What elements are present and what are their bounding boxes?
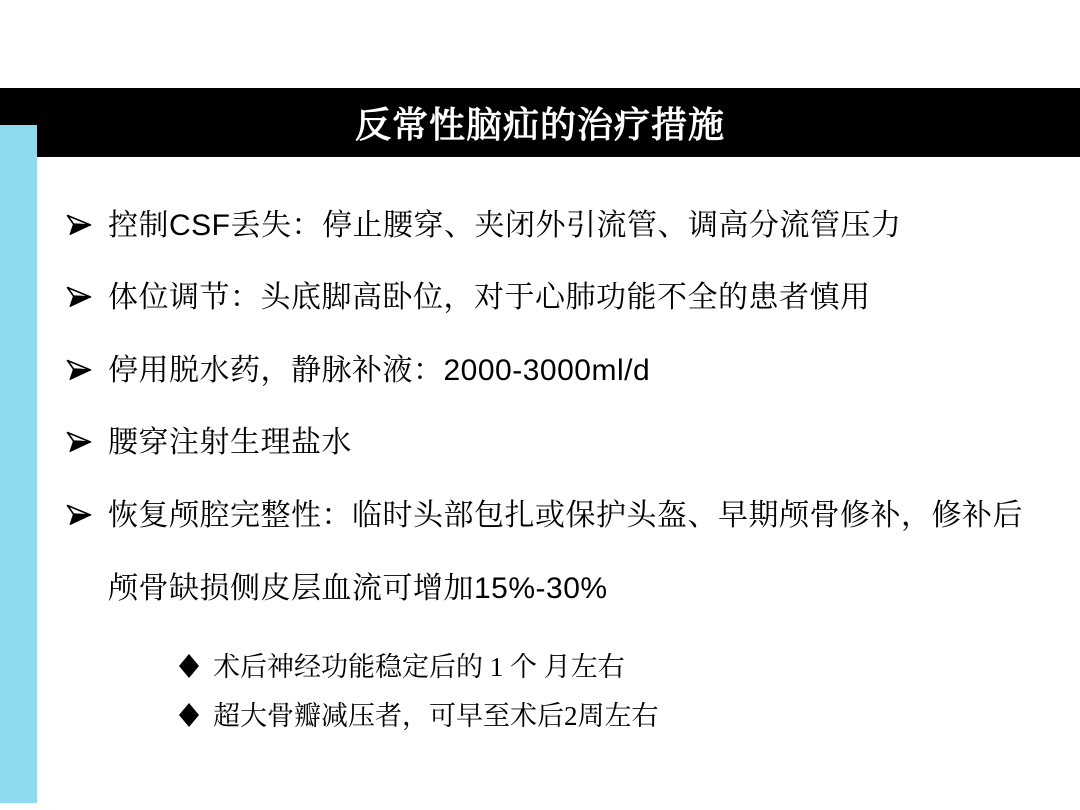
arrowhead-bullet-icon xyxy=(66,431,92,453)
accent-strip xyxy=(0,125,37,803)
arrowhead-bullet-icon xyxy=(66,214,92,236)
bullet-text: 恢复颅腔完整性：临时头部包扎或保护头盔、早期颅骨修补，修补后 xyxy=(108,499,1023,533)
arrowhead-bullet-icon xyxy=(66,286,92,308)
bullet-text: 腰穿注射生理盐水 xyxy=(108,426,352,460)
sub-bullet-text: 术后神经功能稳定后的 1 个 月左右 xyxy=(213,652,625,682)
diamond-bullet-icon xyxy=(178,653,200,679)
bullet-text: 停用脱水药，静脉补液：2000-3000ml/d xyxy=(108,354,650,388)
sub-bullet-item: 超大骨瓣减压者，可早至术后2周左右 xyxy=(178,701,659,731)
arrowhead-bullet-icon xyxy=(66,359,92,381)
sub-bullet-item: 术后神经功能稳定后的 1 个 月左右 xyxy=(178,652,625,682)
bullet-item: 体位调节：头底脚高卧位，对于心肺功能不全的患者慎用 xyxy=(66,281,871,315)
title-bar: 反常性脑疝的治疗措施 xyxy=(0,88,1080,157)
diamond-bullet-icon xyxy=(178,702,200,728)
bullet-continuation-text: 颅骨缺损侧皮层血流可增加15%-30% xyxy=(108,572,608,606)
bullet-item: 恢复颅腔完整性：临时头部包扎或保护头盔、早期颅骨修补，修补后 xyxy=(66,499,1023,533)
arrowhead-bullet-icon xyxy=(66,504,92,526)
bullet-item: 停用脱水药，静脉补液：2000-3000ml/d xyxy=(66,354,650,388)
slide-title: 反常性脑疝的治疗措施 xyxy=(355,97,725,148)
presentation-slide: 反常性脑疝的治疗措施 控制CSF丢失：停止腰穿、夹闭外引流管、调高分流管压力 体… xyxy=(0,0,1080,810)
bullet-text: 控制CSF丢失：停止腰穿、夹闭外引流管、调高分流管压力 xyxy=(108,209,902,243)
bullet-item: 控制CSF丢失：停止腰穿、夹闭外引流管、调高分流管压力 xyxy=(66,209,902,243)
bullet-text: 体位调节：头底脚高卧位，对于心肺功能不全的患者慎用 xyxy=(108,281,871,315)
sub-bullet-text: 超大骨瓣减压者，可早至术后2周左右 xyxy=(213,701,659,731)
bullet-item: 腰穿注射生理盐水 xyxy=(66,426,352,460)
